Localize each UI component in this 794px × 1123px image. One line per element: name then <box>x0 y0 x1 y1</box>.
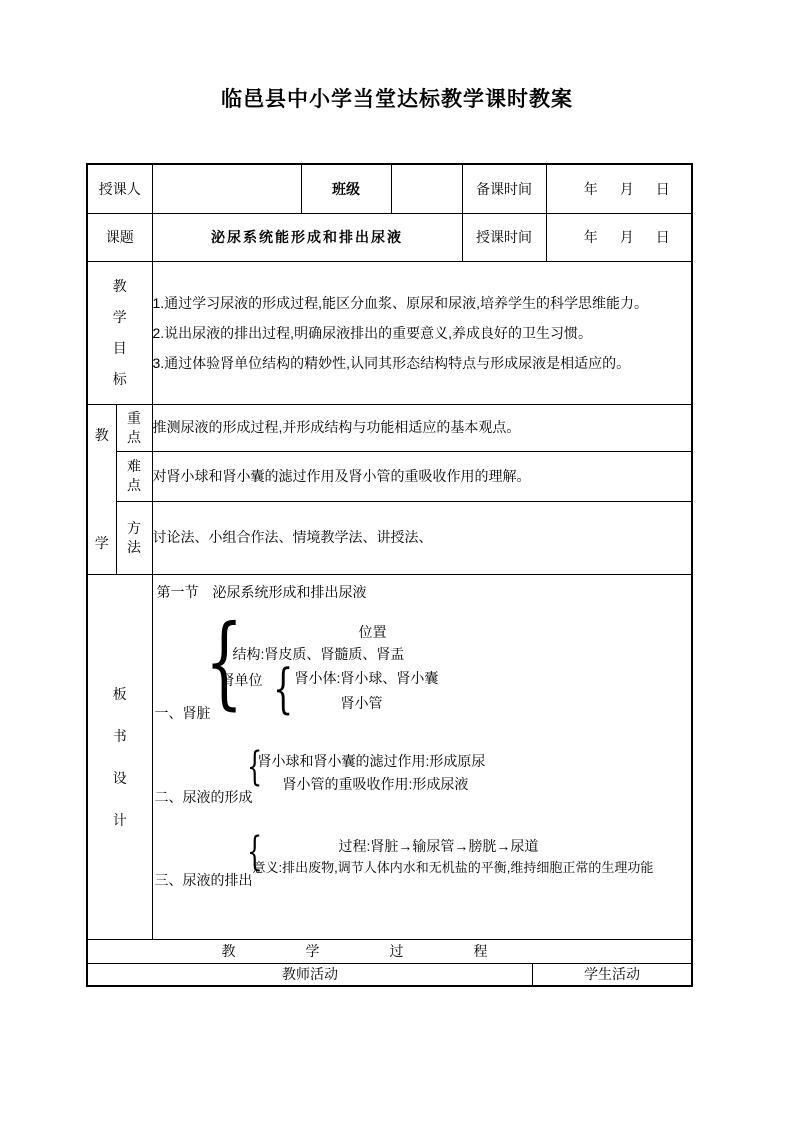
brace-icon: { <box>205 612 243 712</box>
objectives-content: 1.通过学习尿液的形成过程,能区分血浆、原尿和尿液,培养学生的科学思维能力。 2… <box>152 261 692 404</box>
instructor-value-cell[interactable] <box>152 164 301 213</box>
excretion-line2: 意义:排出废物,调节人体内水和无机盐的平衡,维持细胞正常的生理功能 <box>253 860 654 876</box>
process-header: 教学过程 <box>87 939 692 963</box>
class-value-cell[interactable] <box>391 164 462 213</box>
objectives-label: 教学目标 <box>113 271 127 395</box>
table-row: 教学目标 1.通过学习尿液的形成过程,能区分血浆、原尿和尿液,培养学生的科学思维… <box>87 261 692 404</box>
instructor-label: 授课人 <box>87 164 152 213</box>
objective-item: 2.说出尿液的排出过程,明确尿液排出的重要意义,养成良好的卫生习惯。 <box>153 318 692 348</box>
table-row: 方法 讨论法、小组合作法、情境教学法、讲授法、 <box>87 501 692 574</box>
difficult-points-content: 对肾小球和肾小囊的滤过作用及肾小管的重吸收作用的理解。 <box>152 451 692 501</box>
topic-label: 课题 <box>87 213 152 261</box>
board-section-title: 第一节 泌尿系统形成和排出尿液 <box>157 584 367 600</box>
table-row: 教师活动 学生活动 <box>87 963 692 986</box>
formation-line2: 肾小管的重吸收作用:形成尿液 <box>283 776 469 792</box>
key-points-label: 重点 <box>127 409 141 447</box>
teaching-label-cell: 教 学 <box>87 404 116 574</box>
kidney-structure-line: 结构:肾皮质、肾髓质、肾盂 <box>233 646 405 662</box>
table-row: 教 学 重点 推测尿液的形成过程,并形成结构与功能相适应的基本观点。 <box>87 404 692 451</box>
method-label: 方法 <box>127 519 141 557</box>
objectives-label-cell: 教学目标 <box>87 261 152 404</box>
activity-header-split: 教师活动 学生活动 <box>88 964 691 985</box>
table-row: 板书设计 第一节 泌尿系统形成和排出尿液 { 位置 结构:肾皮质、肾髓质、肾盂 … <box>87 574 692 939</box>
table-row: 教学过程 <box>87 939 692 963</box>
prep-date: 年 月 日 <box>546 164 692 213</box>
difficult-points-label: 难点 <box>127 457 141 495</box>
brace-icon: { <box>273 663 293 716</box>
board-design-label: 板书设计 <box>113 673 127 841</box>
page-title: 临邑县中小学当堂达标教学课时教案 <box>0 83 794 113</box>
board-design-cell: 第一节 泌尿系统形成和排出尿液 { 位置 结构:肾皮质、肾髓质、肾盂 肾单位 {… <box>152 574 692 939</box>
board-design-content: 第一节 泌尿系统形成和排出尿液 { 位置 结构:肾皮质、肾髓质、肾盂 肾单位 {… <box>153 575 692 938</box>
method-label-cell: 方法 <box>116 501 152 574</box>
teaching-label-top: 教 <box>95 425 109 445</box>
board-design-label-cell: 板书设计 <box>87 574 152 939</box>
nephron-body-line: 肾小体:肾小球、肾小囊 <box>295 670 439 686</box>
teaching-label: 教 学 <box>88 425 116 553</box>
table-row: 课题 泌尿系统能形成和排出尿液 授课时间 年 月 日 <box>87 213 692 261</box>
teach-time-label: 授课时间 <box>462 213 546 261</box>
difficult-points-label-cell: 难点 <box>116 451 152 501</box>
topic-title: 泌尿系统能形成和排出尿液 <box>152 213 462 261</box>
lesson-plan-page: 临邑县中小学当堂达标教学课时教案 授课人 班级 备课时间 年 月 日 课题 泌尿… <box>0 0 794 1123</box>
key-points-label-cell: 重点 <box>116 404 152 451</box>
nephron-label: 肾单位 <box>221 672 263 688</box>
activity-header-row: 教师活动 学生活动 <box>87 963 692 986</box>
lesson-plan-table: 授课人 班级 备课时间 年 月 日 课题 泌尿系统能形成和排出尿液 授课时间 年… <box>86 163 693 987</box>
class-label: 班级 <box>301 164 391 213</box>
kidney-heading: 一、肾脏 <box>155 705 211 721</box>
nephron-tubule-line: 肾小管 <box>341 695 383 711</box>
teacher-activity-header: 教师活动 <box>88 964 533 985</box>
prep-time-label: 备课时间 <box>462 164 546 213</box>
student-activity-header: 学生活动 <box>533 964 691 985</box>
key-points-content: 推测尿液的形成过程,并形成结构与功能相适应的基本观点。 <box>152 404 692 451</box>
teaching-label-bottom: 学 <box>95 533 109 553</box>
table-row: 授课人 班级 备课时间 年 月 日 <box>87 164 692 213</box>
excretion-line1: 过程:肾脏→输尿管→膀胱→尿道 <box>339 838 539 854</box>
table-row: 难点 对肾小球和肾小囊的滤过作用及肾小管的重吸收作用的理解。 <box>87 451 692 501</box>
formation-heading: 二、尿液的形成 <box>155 789 253 805</box>
teach-date: 年 月 日 <box>546 213 692 261</box>
formation-line1: 肾小球和肾小囊的滤过作用:形成原尿 <box>258 753 486 769</box>
objective-item: 1.通过学习尿液的形成过程,能区分血浆、原尿和尿液,培养学生的科学思维能力。 <box>153 288 692 318</box>
objective-item: 3.通过体验肾单位结构的精妙性,认同其形态结构特点与形成尿液是相适应的。 <box>153 348 692 378</box>
kidney-position-line: 位置 <box>359 624 387 640</box>
method-content: 讨论法、小组合作法、情境教学法、讲授法、 <box>152 501 692 574</box>
excretion-heading: 三、尿液的排出 <box>155 872 253 888</box>
